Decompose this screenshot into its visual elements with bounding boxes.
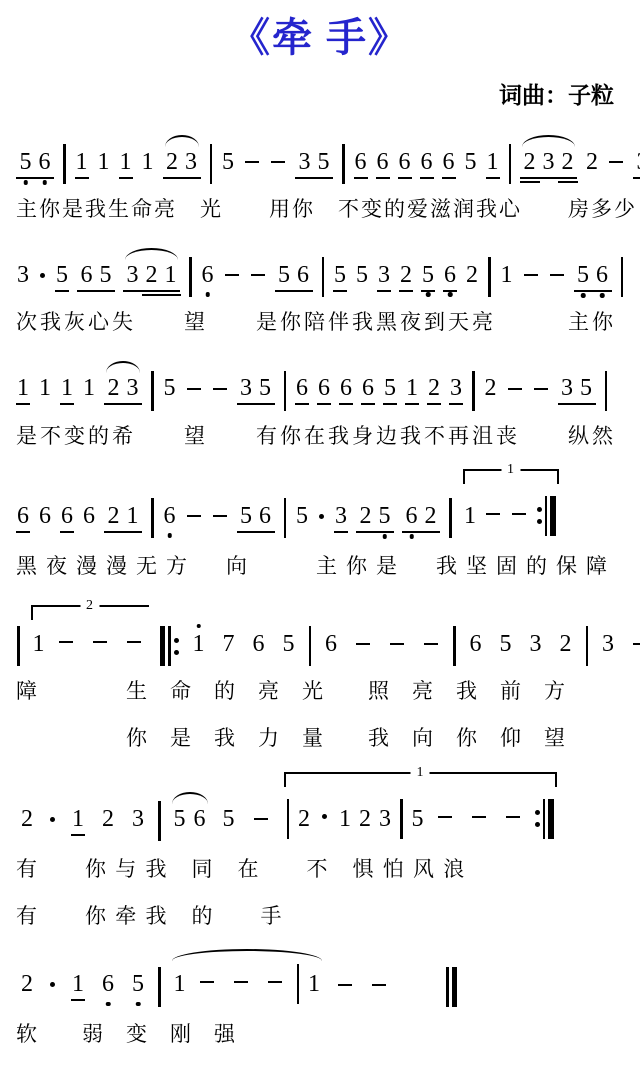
note: 2 [585,150,599,179]
thick-bar [550,496,556,536]
repeat-dot [537,519,542,524]
duration-dash [424,643,438,645]
note: 1 [500,263,514,292]
repeat-dot [537,507,542,512]
thick-bar [548,799,554,839]
note: 2 [465,263,479,292]
beam-group: 35 [558,376,596,405]
credit-line: 词曲：子粒 [12,77,628,110]
note: 5 [173,807,187,831]
note: 6 [317,376,331,405]
note: 5 [239,504,253,528]
note: 5 [99,263,113,287]
thin-bar [543,799,546,839]
note: 2 [20,807,34,836]
note: 1 [71,972,85,1001]
note: 1 [463,504,477,528]
note: 5 [378,504,392,528]
duration-dash [390,643,404,645]
augmentation-dot [40,273,45,278]
music-line: 2123565212351 [12,799,628,844]
note: 5 [421,263,435,292]
beamed-slur-group: 321 [123,263,180,292]
duration-dash [59,641,73,643]
note: 5 [55,263,69,292]
final-bar [446,967,457,1007]
note: 6 [80,263,94,287]
beamed-slur-group: 23 [163,150,201,179]
beam-group: 35 [295,150,333,179]
note: 2 [561,150,575,174]
barline [189,257,192,297]
barline [453,626,456,666]
duration-dash [268,981,282,983]
note: 5 [295,504,309,533]
note: 6 [469,632,483,661]
note: 6 [296,263,310,287]
note: 3 [334,504,348,533]
volta-label: 1 [411,765,430,782]
duration-dash [187,515,201,517]
duration-dash [508,388,522,390]
note: 3 [16,263,30,292]
note: 3 [542,150,556,174]
repeat-dot [535,810,540,815]
note: 6 [60,504,74,533]
duration-dash [93,641,107,643]
thick-bar [160,626,166,666]
note: 6 [405,504,419,528]
beam-group: 56 [16,150,54,179]
note: 2 [107,376,121,400]
note: 5 [131,972,145,1001]
note: 1 [338,807,352,831]
note: 6 [193,807,207,831]
sheet-music-page: 《牵 手》 词曲：子粒 561111235356666651232232主你是我… [0,0,640,1079]
duration-dash [633,643,640,645]
note: 6 [339,376,353,405]
note: 1 [405,376,419,405]
note: 1 [486,150,500,179]
repeat-end-bar [537,496,556,536]
lyrics-line: 有 你 牵 我 的 手 [12,903,628,930]
note: 2 [297,807,311,831]
duration-dash [213,388,227,390]
note: 3 [378,807,392,831]
note: 6 [443,263,457,292]
note: 3 [184,150,198,174]
note: 2 [145,263,159,287]
barline [449,498,452,538]
note: 5 [383,376,397,405]
duration-dash [472,816,486,818]
duration-dash [486,513,500,515]
note: 2 [20,972,34,1001]
note: 1 [71,807,85,836]
beam-group: 56 [574,263,612,292]
music-line: 35653216565532562156 [12,257,628,297]
note: 2 [107,504,121,528]
note: 3 [601,632,615,661]
barline [158,967,161,1007]
note: 6 [38,150,52,174]
beam-group: 62 [402,504,440,533]
duration-dash [372,984,386,986]
note: 3 [126,263,140,287]
note: 2 [523,150,537,174]
note: 6 [324,632,338,661]
beam-group: 21 [104,504,142,533]
note: 5 [277,263,291,287]
note: 7 [222,632,236,661]
beam-group: 25 [356,504,394,533]
duration-dash [438,816,452,818]
note: 6 [258,504,272,528]
note: 3 [131,807,145,836]
note: 5 [222,807,236,836]
lyrics-line: 你 是 我 力 量 我 向 你 仰 望 [12,725,628,752]
note: 2 [484,376,498,405]
barline [472,371,475,411]
repeat-dot [174,650,179,655]
note: 2 [424,504,438,528]
duration-dash [356,643,370,645]
repeat-dots [535,810,540,827]
duration-dash [245,161,259,163]
note: 5 [579,376,593,400]
barline [322,257,325,297]
duration-dash [550,274,564,276]
note: 5 [163,376,177,405]
duration-dash [213,515,227,517]
augmentation-dot [50,817,55,822]
note: 2 [165,150,179,174]
thin-bar [168,626,171,666]
note: 1 [119,150,133,179]
augmentation-dot [50,982,55,987]
note: 6 [295,376,309,405]
slur-group: 11 [170,964,325,1009]
note: 6 [420,150,434,179]
note: 5 [317,150,331,174]
note: 6 [376,150,390,179]
barline [509,144,512,184]
song-title: 《牵 手》 [12,6,628,63]
barline [605,371,608,411]
note: 5 [411,807,425,831]
music-line: 121765665323 [12,626,628,666]
note: 1 [164,263,178,287]
note: 3 [529,632,543,661]
volta-group: 11 [461,496,561,541]
note: 6 [201,263,215,292]
barline [17,626,20,666]
repeat-start-bar [160,626,179,666]
duration-dash [225,274,239,276]
music-line: 66662165653256211 [12,496,628,541]
augmentation-dot [322,814,327,819]
duration-dash [524,274,538,276]
lyrics-line: 次我灰心失 望 是你陪伴我黑夜到天亮 主你 [12,309,628,336]
barline [151,498,154,538]
lyrics-line: 有 你 与 我 同 在 不 惧 怕 风 浪 [12,856,628,883]
note: 1 [126,504,140,528]
note: 6 [163,504,177,533]
note: 1 [32,632,46,656]
note: 1 [82,376,96,405]
barline [284,371,287,411]
note: 3 [298,150,312,174]
barline [297,964,300,1004]
volta-label: 2 [80,598,99,615]
beamed-slur-group: 23 [104,376,142,405]
spacer [396,986,441,987]
beam-group: 35 [237,376,275,405]
repeat-end-bar [535,799,554,839]
note: 6 [16,504,30,533]
lyrics-line: 软 弱 变 刚 强 [12,1021,628,1048]
note: 6 [82,504,96,533]
note: 6 [361,376,375,405]
beam-group: 65 [77,263,115,292]
barline [210,144,213,184]
duration-dash [234,981,248,983]
note: 1 [16,376,30,405]
lyrics-line: 主你是我生命亮 光 用你 不变的爱滋润我心 房多少 [12,196,628,223]
barline [488,257,491,297]
volta-group: 212351 [282,799,559,844]
thin-bar [446,967,449,1007]
note: 1 [97,150,111,179]
volta-group: 12 [29,632,151,661]
note: 1 [141,150,155,179]
note: 6 [101,972,115,1001]
note: 5 [499,632,513,661]
beamed-slur-group: 232 [520,150,577,179]
note: 1 [75,150,89,179]
beam-group: 56 [275,263,313,292]
duration-dash [127,641,141,643]
repeat-dot [535,822,540,827]
note: 2 [399,263,413,292]
note: 1 [307,972,321,996]
note: 5 [333,263,347,292]
duration-dash [534,388,548,390]
note: 3 [126,376,140,400]
barline [586,626,589,666]
note: 5 [464,150,478,179]
barline [151,371,154,411]
repeat-dot [174,638,179,643]
duration-dash [609,161,623,163]
barline [63,144,66,184]
note: 3 [560,376,574,400]
note: 6 [398,150,412,179]
note: 1 [60,376,74,405]
note: 2 [101,807,115,836]
repeat-dots [174,638,179,655]
beam-group: 32 [633,150,640,179]
note: 3 [377,263,391,292]
note: 5 [221,150,235,179]
duration-dash [200,981,214,983]
repeat-dots [537,507,542,524]
note: 6 [38,504,52,533]
thick-bar [452,967,458,1007]
barline [158,801,161,841]
beam-group: 56 [237,504,275,533]
duration-dash [506,816,520,818]
barline [284,498,287,538]
barline [309,626,312,666]
note: 3 [449,376,463,405]
note: 1 [192,632,206,661]
barline [342,144,345,184]
note: 1 [173,972,187,996]
lyrics-line: 是不变的希 望 有你在我身边我不再沮丧 纵然 [12,423,628,450]
slur-group: 56 [170,807,210,836]
note: 6 [252,632,266,661]
lyrics-line: 黑夜漫漫无方 向 主你是 我坚固的保障 [12,553,628,580]
note: 6 [354,150,368,179]
note: 6 [595,263,609,287]
augmentation-dot [319,514,324,519]
note: 1 [38,376,52,405]
thin-bar [545,496,548,536]
note: 5 [355,263,369,292]
barline [287,799,290,839]
note: 5 [19,150,33,174]
note: 5 [258,376,272,400]
music-line: 561111235356666651232232 [12,144,628,184]
barline [400,799,403,839]
note: 3 [239,376,253,400]
duration-dash [187,388,201,390]
note: 5 [282,632,296,661]
score-body: 561111235356666651232232主你是我生命亮 光 用你 不变的… [12,144,628,1049]
volta-label: 1 [501,462,520,479]
note: 2 [358,807,372,831]
duration-dash [251,274,265,276]
note: 6 [442,150,456,179]
lyrics-line: 障 生 命 的 亮 光 照 亮 我 前 方 [12,678,628,705]
duration-dash [338,984,352,986]
duration-dash [271,161,285,163]
note: 2 [359,504,373,528]
music-line: 11112353566665123235 [12,371,628,411]
note: 5 [576,263,590,287]
barline [621,257,624,297]
duration-dash [512,513,526,515]
note: 2 [427,376,441,405]
note: 3 [636,150,640,174]
note: 2 [559,632,573,661]
music-line: 216511 [12,964,628,1009]
duration-dash [254,818,268,820]
